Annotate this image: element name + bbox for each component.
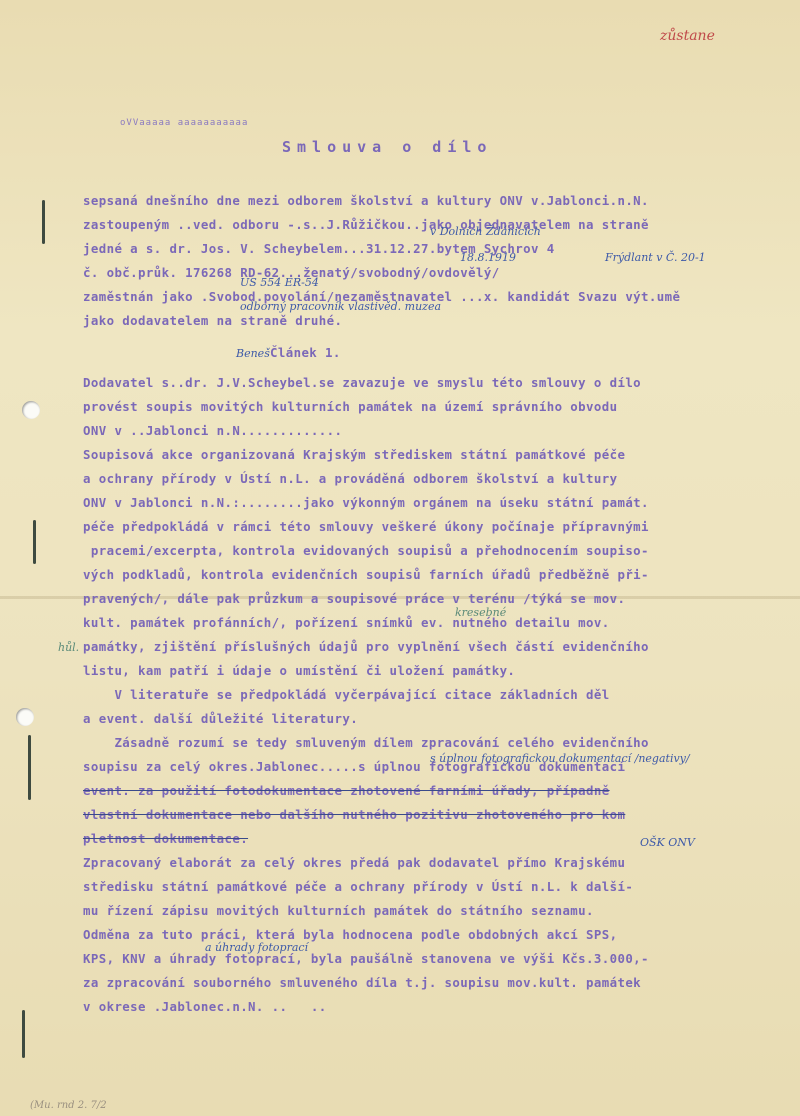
text-line: pravených/, dále pak průzkum a soupisové… [83, 591, 625, 606]
text-line: za zpracování souborného smluveného díla… [83, 975, 641, 990]
text-line: Soupisová akce organizovaná Krajským stř… [83, 447, 625, 462]
handwritten-note: Frýdlant v Č. 20-1 [605, 251, 706, 264]
text-line: památky, zjištění příslušných údajů pro … [83, 639, 649, 654]
text-line: soupisu za celý okres.Jablonec.....s úpl… [83, 759, 625, 774]
margin-mark [33, 520, 36, 564]
margin-mark [28, 735, 31, 800]
margin-mark [22, 1010, 25, 1058]
text-line: Zásadně rozumí se tedy smluveným dílem z… [83, 735, 649, 750]
text-line: kult. památek profánních/, pořízení sním… [83, 615, 610, 630]
text-line: zastoupeným ..ved. odboru -.s..J.Růžičko… [83, 217, 649, 232]
text-line: listu, kam patří i údaje o umístění či u… [83, 663, 515, 678]
document-title: Smlouva o dílo [282, 138, 492, 156]
handwritten-note: hůl. [58, 641, 79, 654]
article-heading: Článek 1. [270, 345, 341, 360]
struck-text-line: vlastní dokumentace nebo dalšího nutného… [83, 807, 625, 822]
text-line: a event. další důležité literatury. [83, 711, 358, 726]
text-line: ONV v ..Jablonci n.N............. [83, 423, 342, 438]
handwritten-note: kresebné [455, 606, 506, 619]
struck-text-line: event. za použití fotodokumentace zhotov… [83, 783, 610, 798]
text-line: a ochrany přírody v Ústí n.L. a prováděn… [83, 471, 617, 486]
handwritten-note: Beneš [236, 347, 270, 360]
text-line: pracemi/excerpta, kontrola evidovaných s… [83, 543, 649, 558]
header-dots: oVVaaaaa aaaaaaaaaaa [120, 118, 248, 128]
text-line: jako dodavatelem na straně druhé. [83, 313, 342, 328]
margin-mark [42, 200, 45, 244]
text-line: vých podkladů, kontrola evidenčních soup… [83, 567, 649, 582]
handwritten-note: 18.8.1919 [460, 251, 516, 264]
pencil-note: (Mu. rnd 2. 7/2 [30, 1100, 107, 1111]
handwritten-note: US 554 ER-54 [240, 276, 319, 289]
text-line: v okrese .Jablonec.n.N. .. .. [83, 999, 327, 1014]
handwritten-note: OŠK ONV [640, 836, 695, 849]
punch-hole [22, 401, 40, 419]
handwritten-note: odborný pracovník vlastivěd. muzea [240, 300, 441, 313]
text-line: V literatuře se předpokládá vyčerpávajíc… [83, 687, 610, 702]
text-line: Dodavatel s..dr. J.V.Scheybel.se zavazuj… [83, 375, 641, 390]
top-annotation: zůstane [660, 28, 715, 44]
document-page: zůstane oVVaaaaa aaaaaaaaaaa Smlouva o d… [0, 0, 800, 1116]
text-line: Odměna za tuto práci, která byla hodnoce… [83, 927, 617, 942]
text-line: sepsaná dnešního dne mezi odborem školst… [83, 193, 649, 208]
text-line: mu řízení zápisu movitých kulturních pam… [83, 903, 594, 918]
text-line: Zpracovaný elaborát za celý okres předá … [83, 855, 625, 870]
text-line: provést soupis movitých kulturních památ… [83, 399, 617, 414]
punch-hole [16, 708, 34, 726]
text-line: péče předpokládá v rámci této smlouvy ve… [83, 519, 649, 534]
handwritten-note: v Dolních Ždánicích [430, 225, 541, 238]
text-line: KPS, KNV a úhrady fotoprací, byla paušál… [83, 951, 649, 966]
text-line: středisku státní památkové péče a ochran… [83, 879, 633, 894]
struck-text-line: pletnost dokumentace. [83, 831, 248, 846]
text-line: ONV v Jablonci n.N.:........jako výkonný… [83, 495, 649, 510]
